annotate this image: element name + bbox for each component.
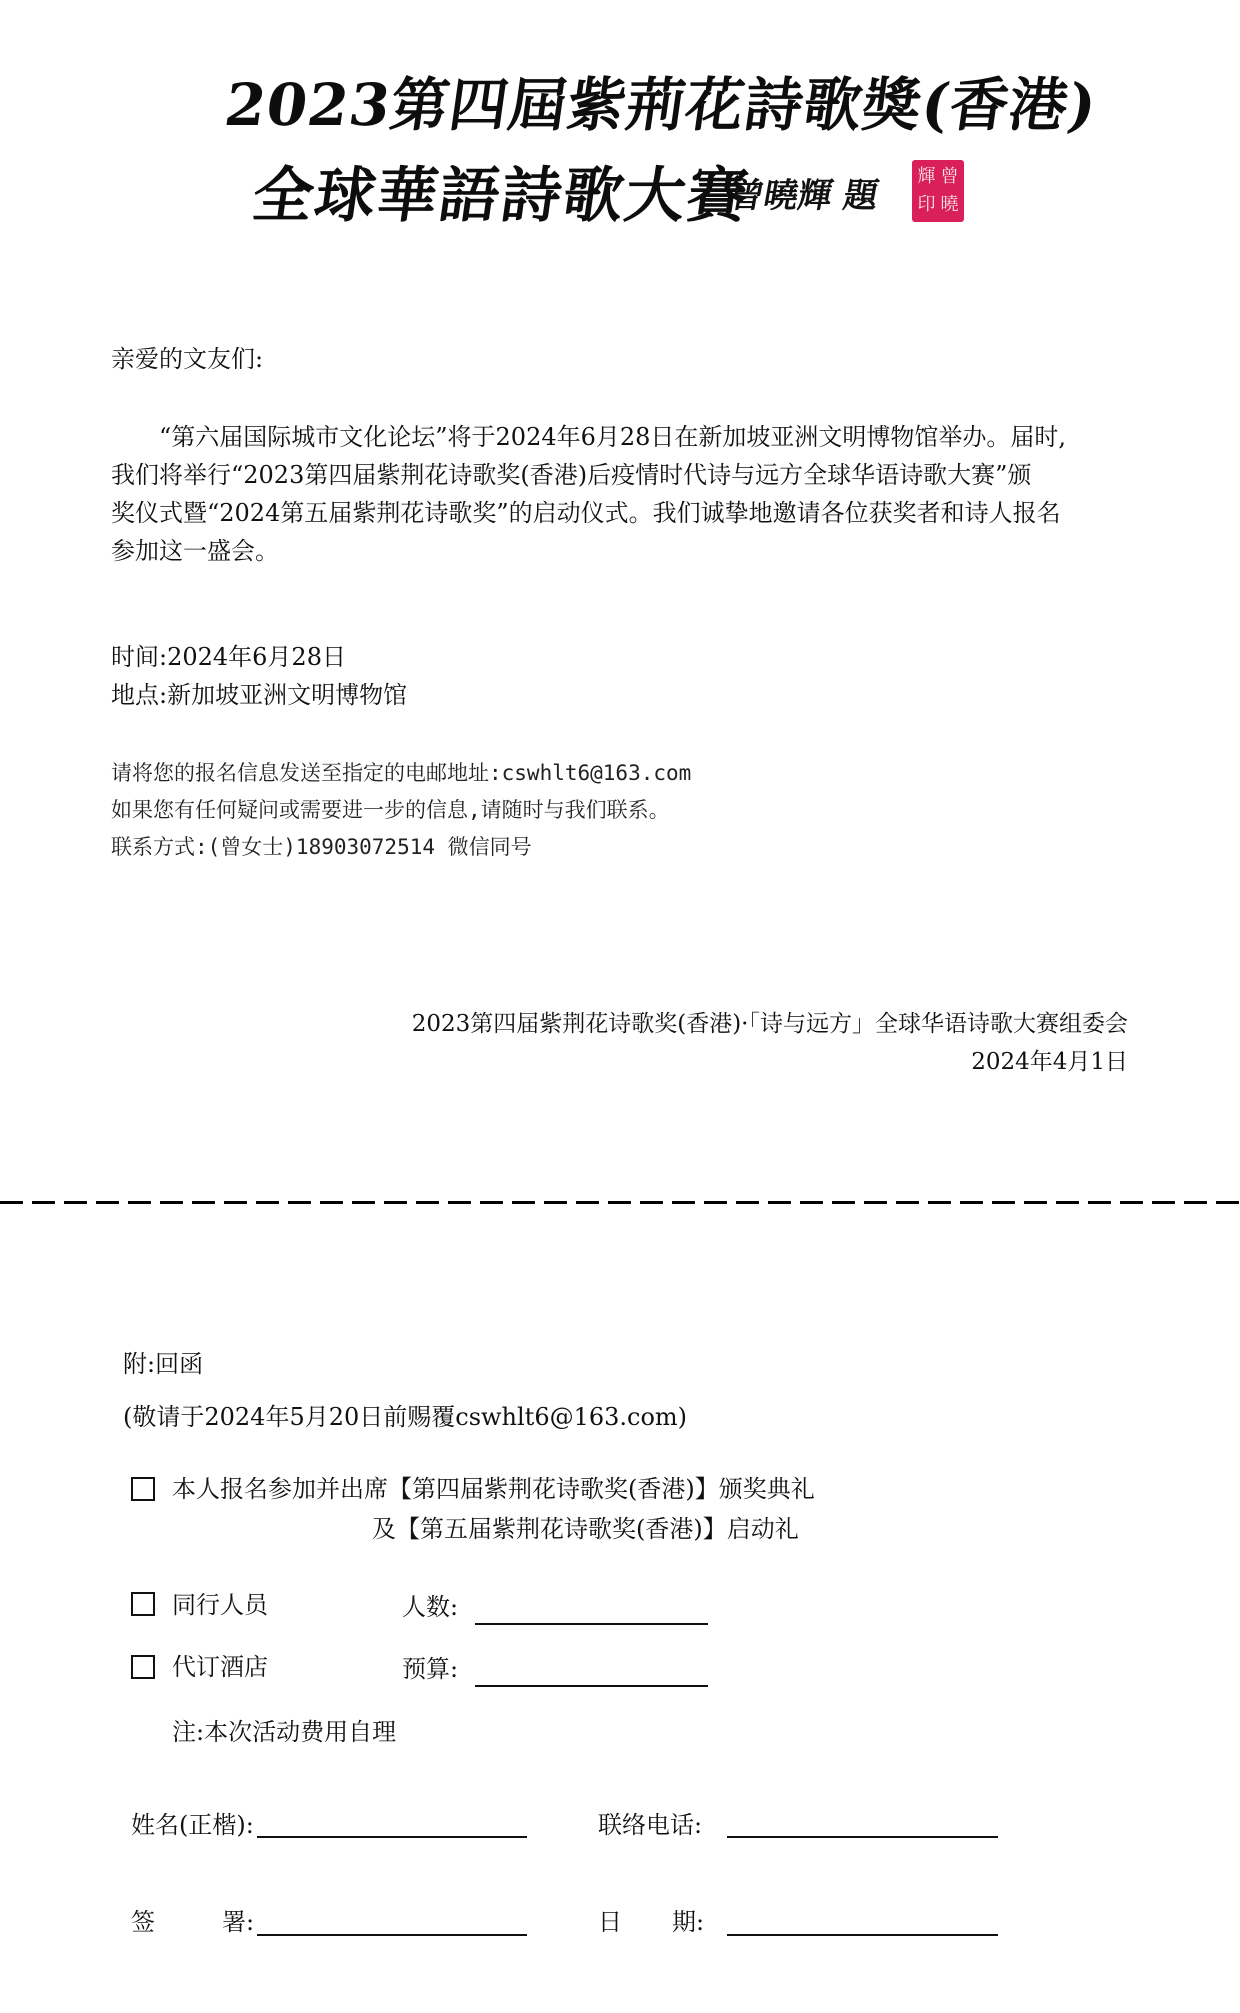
headcount-label: 人数: — [402, 1590, 458, 1624]
attachment-label: 附:回函 — [123, 1347, 203, 1381]
seal-char: 曉 — [939, 192, 960, 218]
expense-note: 注:本次活动费用自理 — [172, 1715, 396, 1749]
letter-paragraph: “第六届国际城市文化论坛”将于2024年6月28日在新加坡亚洲文明博物馆举办。届… — [111, 418, 1131, 570]
red-seal-stamp-icon: 輝 曾 印 曉 — [912, 160, 964, 222]
companions-label: 同行人员 — [172, 1588, 268, 1622]
calligrapher-signature: 曾曉輝 題 — [726, 168, 882, 217]
dashed-cut-line — [0, 1201, 1240, 1204]
budget-label: 预算: — [402, 1652, 458, 1686]
signoff-organization: 2023第四届紫荆花诗歌奖(香港)·「诗与远方」全球华语诗歌大赛组委会 — [412, 1005, 1128, 1043]
letter-signoff: 2023第四届紫荆花诗歌奖(香港)·「诗与远方」全球华语诗歌大赛组委会 2024… — [412, 1005, 1128, 1081]
seal-char: 曾 — [939, 164, 960, 190]
signoff-date: 2024年4月1日 — [412, 1043, 1128, 1081]
paragraph-line: “第六届国际城市文化论坛”将于2024年6月28日在新加坡亚洲文明博物馆举办。届… — [111, 418, 1131, 456]
date-label-first: 日 — [598, 1905, 622, 1939]
contact-question-line: 如果您有任何疑问或需要进一步的信息,请随时与我们联系。 — [111, 792, 691, 829]
budget-field[interactable] — [475, 1685, 708, 1687]
contact-info: 请将您的报名信息发送至指定的电邮地址:cswhlt6@163.com 如果您有任… — [111, 755, 691, 866]
paragraph-line: 参加这一盛会。 — [111, 532, 1131, 570]
date-field[interactable] — [727, 1934, 998, 1936]
event-time: 时间:2024年6月28日 — [111, 638, 407, 676]
hotel-booking-checkbox[interactable] — [131, 1655, 155, 1679]
signature-label-first: 签 — [131, 1905, 155, 1939]
phone-field[interactable] — [727, 1836, 998, 1838]
name-field[interactable] — [257, 1836, 527, 1838]
paragraph-line: 我们将举行“2023第四届紫荆花诗歌奖(香港)后疫情时代诗与远方全球华语诗歌大赛… — [111, 456, 1131, 494]
reply-instruction: (敬请于2024年5月20日前赐覆cswhlt6@163.com) — [123, 1400, 687, 1434]
contact-phone-line: 联系方式:(曾女士)18903072514 微信同号 — [111, 829, 691, 866]
hotel-booking-label: 代订酒店 — [172, 1650, 268, 1684]
headcount-field[interactable] — [475, 1623, 708, 1625]
attend-ceremony-label: 本人报名参加并出席【第四届紫荆花诗歌奖(香港)】颁奖典礼 — [172, 1472, 815, 1506]
attend-ceremony-checkbox[interactable] — [131, 1477, 155, 1501]
calligraphy-title-line1: 2023第四屆紫荊花詩歌獎(香港) — [220, 58, 1103, 142]
signature-label-second: 署: — [222, 1905, 254, 1939]
date-label-second: 期: — [672, 1905, 704, 1939]
seal-char: 印 — [916, 192, 937, 218]
event-info: 时间:2024年6月28日 地点:新加坡亚洲文明博物馆 — [111, 638, 407, 714]
signature-field[interactable] — [257, 1934, 527, 1936]
paragraph-line: 奖仪式暨“2024第五届紫荆花诗歌奖”的启动仪式。我们诚挚地邀请各位获奖者和诗人… — [111, 494, 1131, 532]
seal-char: 輝 — [916, 164, 937, 190]
phone-label: 联络电话: — [598, 1808, 702, 1842]
calligraphy-title-line2: 全球華語詩歌大賽 — [248, 148, 756, 234]
name-label: 姓名(正楷): — [131, 1808, 254, 1842]
letter-greeting: 亲爱的文友们: — [111, 340, 263, 378]
event-location: 地点:新加坡亚洲文明博物馆 — [111, 676, 407, 714]
attend-ceremony-label-cont: 及【第五届紫荆花诗歌奖(香港)】启动礼 — [372, 1512, 799, 1546]
contact-email-line: 请将您的报名信息发送至指定的电邮地址:cswhlt6@163.com — [111, 755, 691, 792]
companions-checkbox[interactable] — [131, 1592, 155, 1616]
